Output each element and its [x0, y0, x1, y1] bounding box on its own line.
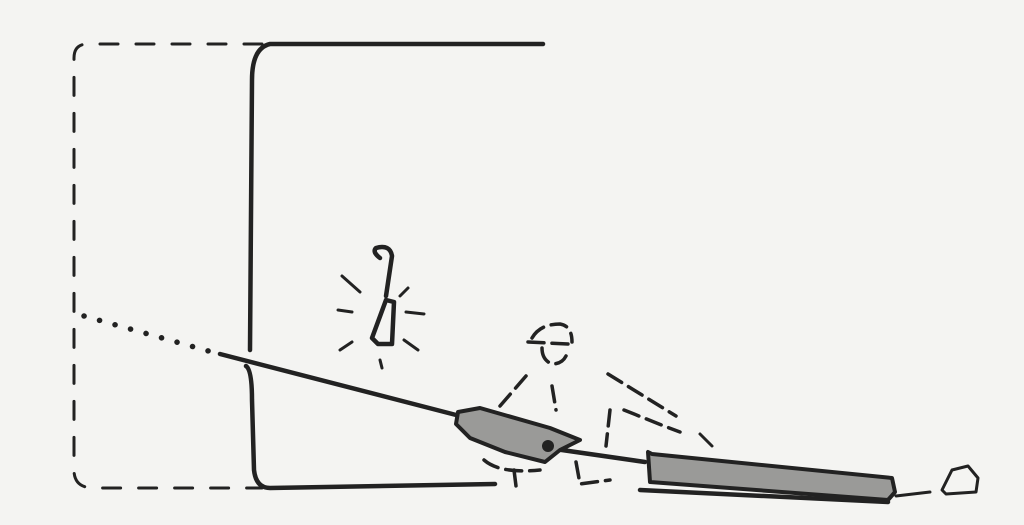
- sketch-canvas: [0, 0, 1024, 525]
